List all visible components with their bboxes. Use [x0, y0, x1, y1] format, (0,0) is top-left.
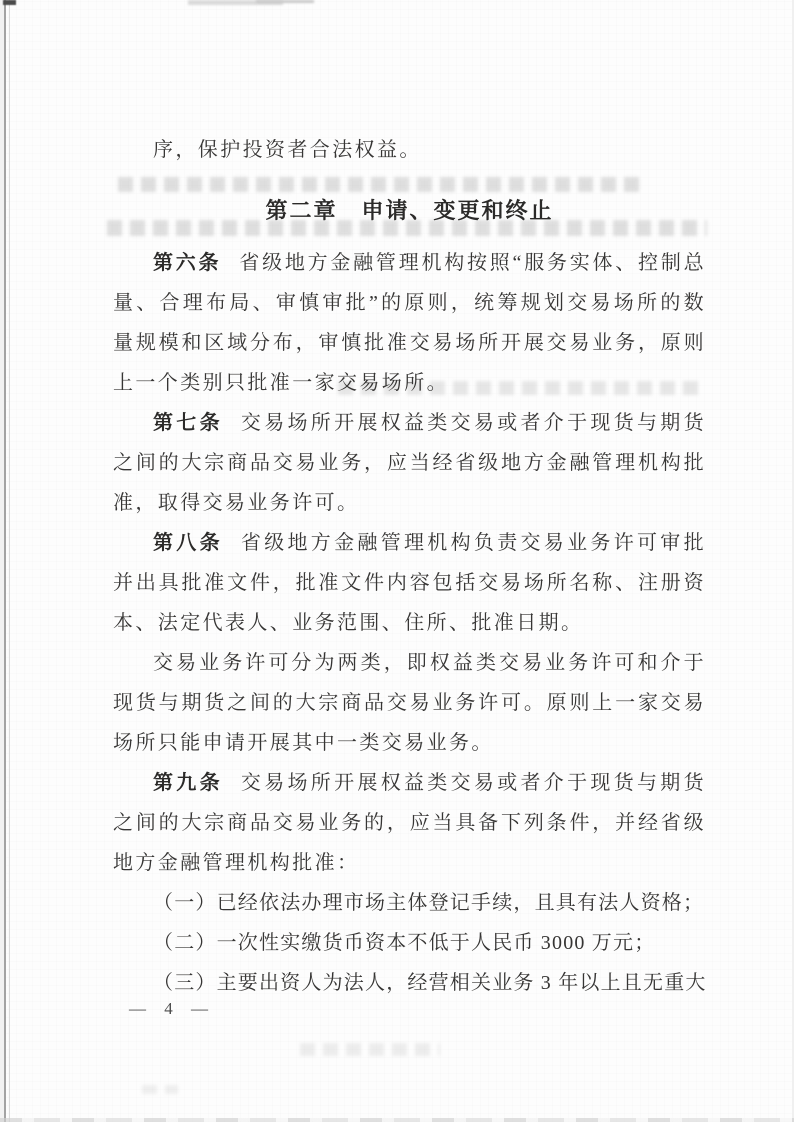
- article-9-label: 第九条: [153, 772, 223, 794]
- bleedthrough-artifact-5: [142, 1085, 178, 1094]
- page-number: — 4 —: [129, 999, 215, 1019]
- chapter-heading: 第二章 申请、变更和终止: [113, 196, 706, 226]
- article-7-label: 第七条: [153, 412, 223, 434]
- condition-item-2: （二）一次性实缴货币资本不低于人民币 3000 万元；: [113, 923, 706, 963]
- condition-item-2-text: （二）一次性实缴货币资本不低于人民币 3000 万元；: [153, 932, 655, 954]
- scan-corner-mark: [3, 0, 16, 5]
- condition-item-1: （一）已经依法办理市场主体登记手续，且具有法人资格；: [113, 883, 706, 923]
- article-7-paragraph: 第七条交易场所开展权益类交易或者介于现货与期货之间的大宗商品交易业务，应当经省级…: [113, 403, 706, 523]
- article-6-paragraph: 第六条省级地方金融管理机构按照“服务实体、控制总量、合理布局、审慎审批”的原则，…: [113, 243, 706, 403]
- article-8-label: 第八条: [153, 532, 223, 554]
- page-content: 序，保护投资者合法权益。 第二章 申请、变更和终止 第六条省级地方金融管理机构按…: [113, 130, 706, 1003]
- article-8-paragraph: 第八条省级地方金融管理机构负责交易业务许可审批并出具批准文件，批准文件内容包括交…: [113, 523, 706, 643]
- condition-item-1-text: （一）已经依法办理市场主体登记手续，且具有法人资格；: [153, 892, 704, 914]
- article-6-label: 第六条: [153, 252, 221, 274]
- scan-bottom-edge: [0, 1118, 794, 1122]
- scan-top-smudge-dark: [256, 0, 314, 3]
- continuation-line: 序，保护投资者合法权益。: [113, 130, 706, 170]
- condition-item-3: （三）主要出资人为法人，经营相关业务 3 年以上且无重大: [113, 963, 706, 1003]
- scan-left-edge-line: [4, 0, 6, 1122]
- license-types-paragraph: 交易业务许可分为两类，即权益类交易业务许可和介于现货与期货之间的大宗商品交易业务…: [113, 643, 706, 763]
- condition-item-3-text: （三）主要出资人为法人，经营相关业务 3 年以上且无重大: [153, 972, 707, 994]
- scanned-document-page: 序，保护投资者合法权益。 第二章 申请、变更和终止 第六条省级地方金融管理机构按…: [0, 0, 794, 1122]
- license-types-text: 交易业务许可分为两类，即权益类交易业务许可和介于现货与期货之间的大宗商品交易业务…: [113, 652, 706, 754]
- bleedthrough-artifact-4: [300, 1043, 440, 1056]
- article-9-paragraph: 第九条交易场所开展权益类交易或者介于现货与期货之间的大宗商品交易业务的，应当具备…: [113, 763, 706, 883]
- scan-left-edge-line-faint: [9, 0, 10, 1122]
